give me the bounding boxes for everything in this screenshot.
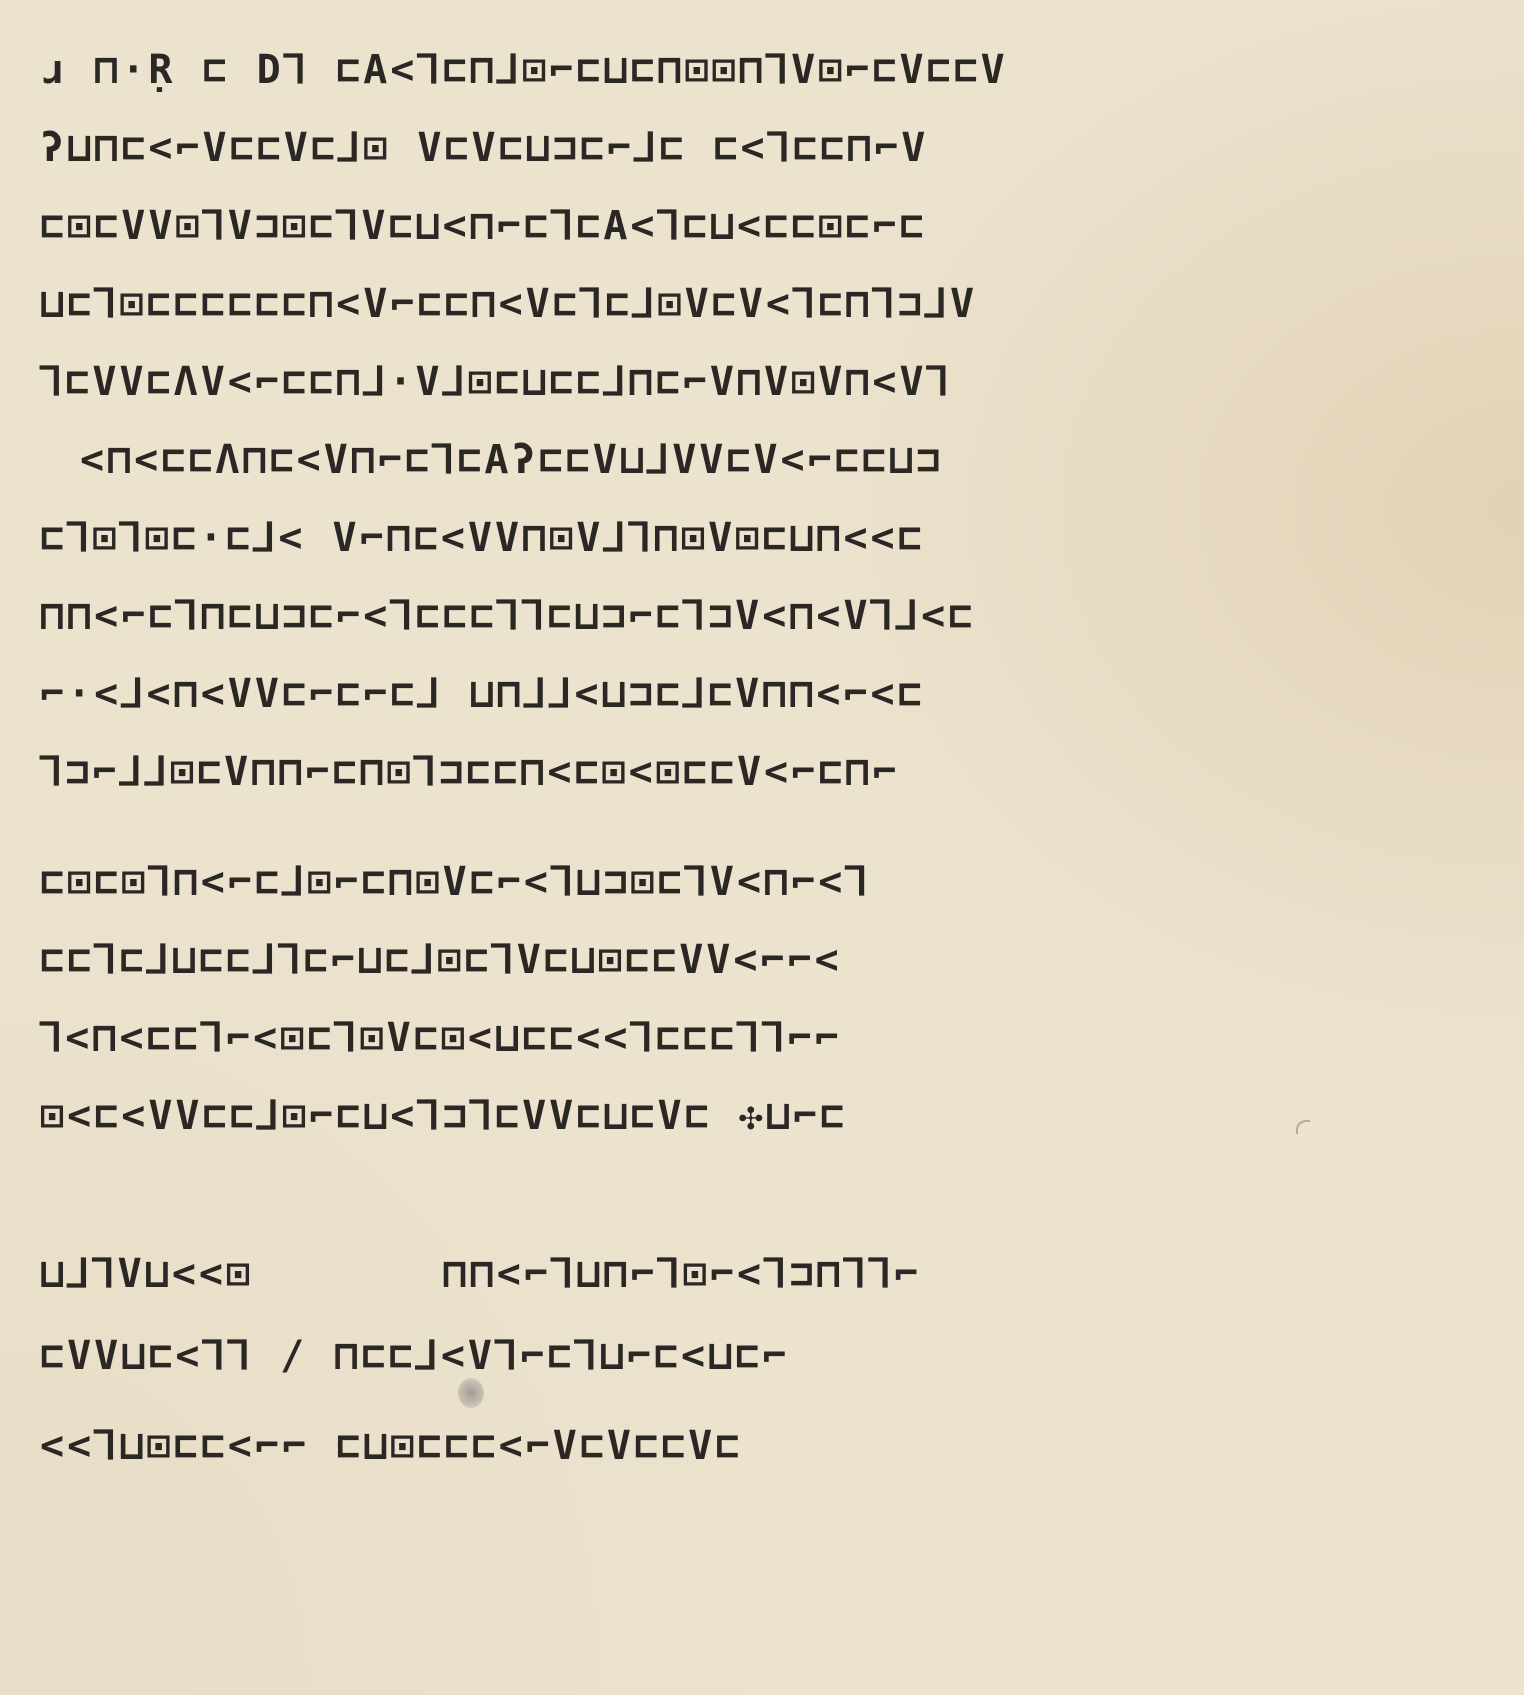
cipher-line-16: ⊏VV⊔⊏<⅂⅂ / ⊓⊏⊏⅃<V⅂⌐⊏⅂⊔⌐⊏<⊔⊏⌐ bbox=[40, 1330, 789, 1382]
cipher-line-12: ⊏⊏⅂⊏⅃⊔⊏⊏⅃⅂⊏⌐⊔⊏⅃⊡⊏⅂V⊏⊔⊡⊏⊏VV<⌐⌐< bbox=[40, 934, 842, 986]
paper-mark bbox=[1296, 1120, 1310, 1134]
cipher-line-6: <⊓<⊏⊏Λ⊓⊏<V⊓⌐⊏⅂⊏Aʔ⊏⊏V⊔⅃VV⊏V<⌐⊏⊏⊔⊐ bbox=[80, 434, 943, 486]
cipher-line-4: ⊔⊏⅂⊡⊏⊏⊏⊏⊏⊏⊓<V⌐⊏⊏⊓<V⊏⅂⊏⅃⊡V⊏V<⅂⊏⊓⅂⊐⅃V bbox=[40, 278, 977, 330]
cipher-line-15: ⊔⅃⅂V⊔<<⊡ ⊓⊓<⌐⅂⊔⊓⌐⅂⊡⌐<⅂⊐⊓⅂⅂⌐ bbox=[40, 1248, 921, 1300]
cipher-line-9: ⌐·<⅃<⊓<VV⊏⌐⊏⌐⊏⅃ ⊔⊓⅃⅃<⊔⊐⊏⅃⊏V⊓⊓<⌐<⊏ bbox=[40, 668, 925, 720]
cipher-line-11: ⊏⊡⊏⊡⅂⊓<⌐⊏⅃⊡⌐⊏⊓⊡V⊏⌐<⅂⊔⊐⊡⊏⅂V<⊓⌐<⅂ bbox=[40, 856, 871, 908]
cipher-line-17: <<⅂⊔⊡⊏⊏<⌐⌐ ⊏⊔⊡⊏⊏⊏<⌐V⊏V⊏⊏V⊏ bbox=[40, 1420, 742, 1472]
cipher-line-5: ⅂⊏VV⊏ΛV<⌐⊏⊏⊓⅃·V⅃⊡⊏⊔⊏⊏⅃⊓⊏⌐V⊓V⊡V⊓<V⅂ bbox=[40, 356, 952, 408]
cipher-line-3: ⊏⊡⊏VV⊡⅂V⊐⊡⊏⅂V⊏⊔<⊓⌐⊏⅂⊏A<⅂⊏⊔<⊏⊏⊡⊏⌐⊏ bbox=[40, 200, 927, 252]
scanned-cipher-page: ɹ ⊓·Ṛ ⊏ D⅂ ⊏A<⅂⊏⊓⅃⊡⌐⊏⊔⊏⊓⊡⊡⊓⅂V⊡⌐⊏V⊏⊏V ʔ⊔⊓… bbox=[0, 0, 1524, 1695]
cipher-line-8: ⊓⊓<⌐⊏⅂⊓⊏⊔⊐⊏⌐<⅂⊏⊏⊏⅂⅂⊏⊔⊐⌐⊏⅂⊐V<⊓<V⅂⅃<⊏ bbox=[40, 590, 975, 642]
cipher-line-1: ɹ ⊓·Ṛ ⊏ D⅂ ⊏A<⅂⊏⊓⅃⊡⌐⊏⊔⊏⊓⊡⊡⊓⅂V⊡⌐⊏V⊏⊏V bbox=[40, 44, 1008, 96]
ink-blot bbox=[458, 1378, 484, 1408]
cipher-line-14: ⊡<⊏<VV⊏⊏⅃⊡⌐⊏⊔<⅂⊐⅂⊏VV⊏⊔⊏V⊏ ✣⊔⌐⊏ bbox=[40, 1090, 847, 1142]
cipher-line-2: ʔ⊔⊓⊏<⌐V⊏⊏V⊏⅃⊡ V⊏V⊏⊔⊐⊏⌐⅃⊏ ⊏<⅂⊏⊏⊓⌐V bbox=[40, 122, 928, 174]
cipher-line-10: ⅂⊐⌐⅃⅃⊡⊏V⊓⊓⌐⊏⊓⊡⅂⊐⊏⊏⊓<⊏⊡<⊡⊏⊏V<⌐⊏⊓⌐ bbox=[40, 746, 899, 798]
cipher-line-13: ⅂<⊓<⊏⊏⅂⌐<⊡⊏⅂⊡V⊏⊡<⊔⊏⊏<<⅂⊏⊏⊏⅂⅂⌐⌐ bbox=[40, 1012, 842, 1064]
cipher-line-7: ⊏⅂⊡⅂⊡⊏·⊏⅃< V⌐⊓⊏<VV⊓⊡V⅃⅂⊓⊡V⊡⊏⊔⊓<<⊏ bbox=[40, 512, 925, 564]
